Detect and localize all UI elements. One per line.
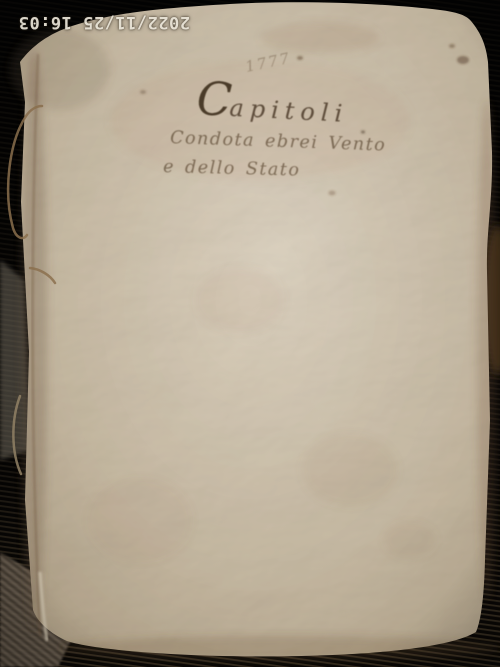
camera-timestamp: 2022/11/25 16:03 [18,11,190,33]
photo: 1777 Capitoli Condota ebrei Vento e dell… [0,0,500,667]
manuscript-photo: 1777 Capitoli Condota ebrei Vento e dell… [0,0,500,667]
vignette-overlay [0,0,500,667]
